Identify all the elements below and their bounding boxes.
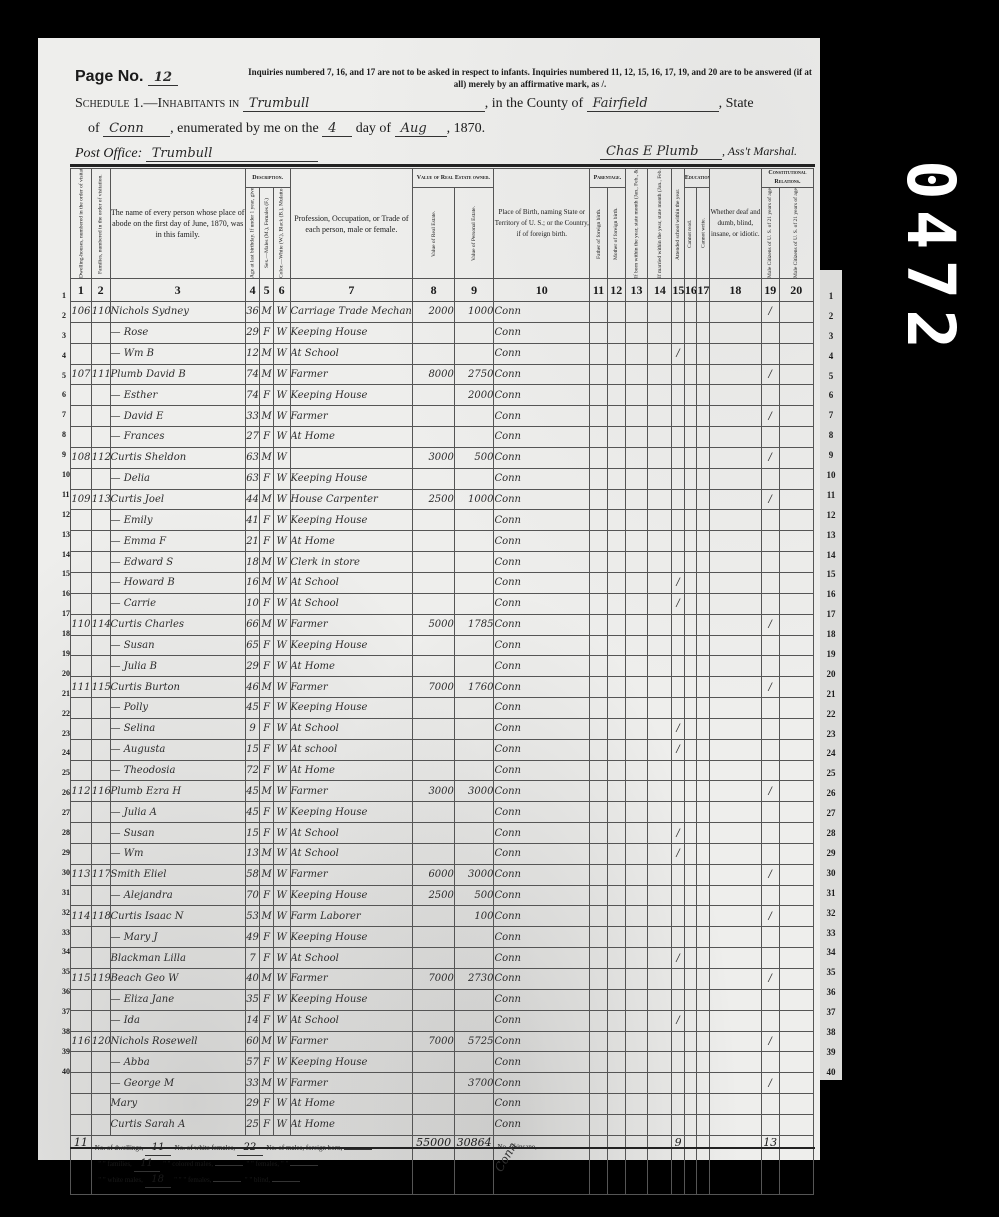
color-cell: W (273, 531, 290, 552)
personal-estate-value-cell (454, 718, 494, 739)
real-estate-value-cell (413, 1094, 455, 1115)
person-name-cell: — George M (110, 1073, 245, 1094)
person-name-cell: — Ida (110, 1010, 245, 1031)
age-cell: 46 (245, 677, 260, 698)
col-header-occupation: Profession, Occupation, or Trade of each… (290, 169, 413, 279)
cannot-write-cell (697, 364, 710, 385)
color-cell: W (273, 635, 290, 656)
birthplace-cell: Conn (494, 969, 590, 990)
occupation-cell: Keeping House (290, 802, 413, 823)
disability-cell (709, 739, 761, 760)
male-citizen-cell (761, 427, 779, 448)
occupation-cell (290, 447, 413, 468)
color-cell: W (273, 781, 290, 802)
table-row: 115119Beach Geo W40MWFarmer70002730Conn/ (71, 969, 814, 990)
attended-school-cell (672, 760, 684, 781)
male-citizen-cell: / (761, 302, 779, 323)
cannot-read-cell (684, 948, 696, 969)
birthplace-cell: Conn (494, 1094, 590, 1115)
line-number: 6 (62, 385, 70, 405)
col-header-cannot-read: Cannot read. (684, 188, 696, 279)
cannot-write-cell (697, 406, 710, 427)
personal-estate-value-cell (454, 656, 494, 677)
group-header-description: Description. (245, 169, 290, 188)
sex-cell: F (260, 1094, 274, 1115)
cannot-read-cell (684, 322, 696, 343)
family-number-cell: 117 (91, 864, 110, 885)
age-cell: 12 (245, 343, 260, 364)
male-citizen-cell: / (761, 364, 779, 385)
father-foreign-cell (590, 322, 608, 343)
married-month-cell (648, 1094, 672, 1115)
sex-cell: F (260, 635, 274, 656)
family-number-cell (91, 927, 110, 948)
family-number-cell (91, 656, 110, 677)
film-frame-stamp: 0472 (880, 160, 980, 359)
family-number-cell (91, 468, 110, 489)
age-cell: 74 (245, 364, 260, 385)
disability-cell (709, 1052, 761, 1073)
real-estate-value-cell (413, 1052, 455, 1073)
line-number: 37 (822, 1002, 840, 1022)
occupation-cell: Keeping House (290, 510, 413, 531)
married-month-cell (648, 364, 672, 385)
personal-estate-value-cell: 5725 (454, 1031, 494, 1052)
disability-cell (709, 572, 761, 593)
occupation-cell: Farmer (290, 364, 413, 385)
line-number: 15 (62, 564, 70, 584)
line-number: 29 (822, 843, 840, 863)
cannot-write-cell (697, 927, 710, 948)
col-header-born-within-year: If born within the year, state month (Ja… (625, 169, 648, 279)
born-month-cell (625, 489, 648, 510)
mother-foreign-cell (607, 1010, 625, 1031)
color-cell: W (273, 677, 290, 698)
attended-school-cell: / (672, 948, 684, 969)
column-number-row: 1 2 3 4 5 6 7 8 9 10 11 12 13 14 15 16 1… (71, 279, 814, 302)
vote-denied-cell (779, 552, 813, 573)
personal-estate-value-cell (454, 948, 494, 969)
person-name-cell: — Theodosia (110, 760, 245, 781)
dwelling-number-cell (71, 572, 92, 593)
cannot-write-cell (697, 823, 710, 844)
born-month-cell (625, 823, 648, 844)
cannot-write-cell (697, 1052, 710, 1073)
color-cell: W (273, 406, 290, 427)
person-name-cell: — Julia B (110, 656, 245, 677)
birthplace-cell: Conn (494, 489, 590, 510)
table-row: 116120Nichols Rosewell60MWFarmer70005725… (71, 1031, 814, 1052)
line-number: 17 (62, 604, 70, 624)
color-cell: W (273, 593, 290, 614)
father-foreign-cell (590, 1031, 608, 1052)
attended-school-cell (672, 406, 684, 427)
disability-cell (709, 864, 761, 885)
father-foreign-cell (590, 593, 608, 614)
sex-cell: F (260, 385, 274, 406)
person-name-cell: — Delia (110, 468, 245, 489)
table-row: — Howard B16MWAt SchoolConn/ (71, 572, 814, 593)
born-month-cell (625, 927, 648, 948)
real-estate-value-cell (413, 948, 455, 969)
right-line-numbers: 1234567891011121314151617181920212223242… (822, 286, 840, 1082)
married-month-cell (648, 843, 672, 864)
mother-foreign-cell (607, 823, 625, 844)
line-number: 3 (62, 326, 70, 346)
line-number: 23 (822, 724, 840, 744)
group-header-value: Value of Real Estate owned. (413, 169, 494, 188)
line-number: 18 (822, 624, 840, 644)
table-row: — Susan15FWAt SchoolConn/ (71, 823, 814, 844)
col-header-name: The name of every person whose place of … (110, 169, 245, 279)
col-header-sex: Sex.—Males (M.), Females (F.) (260, 188, 274, 279)
vote-denied-cell (779, 864, 813, 885)
attended-school-cell (672, 1073, 684, 1094)
schedule-line: Schedule 1.—Inhabitants in Trumbull, in … (75, 96, 754, 112)
line-number: 16 (62, 584, 70, 604)
cannot-write-cell (697, 802, 710, 823)
birthplace-cell: Conn (494, 510, 590, 531)
color-cell: W (273, 802, 290, 823)
sex-cell: F (260, 698, 274, 719)
color-cell: W (273, 343, 290, 364)
line-number: 14 (822, 545, 840, 565)
attended-school-cell (672, 635, 684, 656)
person-name-cell: Curtis Sarah A (110, 1114, 245, 1135)
person-name-cell: — Rose (110, 322, 245, 343)
age-cell: 45 (245, 698, 260, 719)
vote-denied-cell (779, 343, 813, 364)
disability-cell (709, 656, 761, 677)
dwelling-number-cell (71, 322, 92, 343)
attended-school-cell (672, 447, 684, 468)
real-estate-value-cell: 7000 (413, 677, 455, 698)
age-cell: 41 (245, 510, 260, 531)
family-number-cell (91, 427, 110, 448)
color-cell: W (273, 885, 290, 906)
table-row: Curtis Sarah A25FWAt HomeConn (71, 1114, 814, 1135)
line-number: 8 (62, 425, 70, 445)
line-number: 9 (822, 445, 840, 465)
color-cell: W (273, 843, 290, 864)
married-month-cell (648, 552, 672, 573)
mother-foreign-cell (607, 1031, 625, 1052)
sex-cell: M (260, 552, 274, 573)
attended-school-cell (672, 552, 684, 573)
mother-foreign-cell (607, 969, 625, 990)
birthplace-cell: Conn (494, 1052, 590, 1073)
cannot-read-cell (684, 593, 696, 614)
male-citizen-cell (761, 1010, 779, 1031)
dwelling-number-cell: 116 (71, 1031, 92, 1052)
table-row: — David E33MWFarmerConn/ (71, 406, 814, 427)
sex-cell: F (260, 531, 274, 552)
male-citizen-cell (761, 468, 779, 489)
born-month-cell (625, 677, 648, 698)
born-month-cell (625, 385, 648, 406)
col-header-mother-foreign: Mother of foreign birth. (607, 188, 625, 279)
family-number-cell (91, 552, 110, 573)
table-row: 106110Nichols Sydney36MWCarriage Trade M… (71, 302, 814, 323)
father-foreign-cell (590, 427, 608, 448)
real-estate-value-cell (413, 510, 455, 531)
white-males-count: 18 (145, 1172, 171, 1188)
attended-school-cell (672, 802, 684, 823)
color-cell: W (273, 1031, 290, 1052)
person-name-cell: — Alejandra (110, 885, 245, 906)
dwelling-number-cell (71, 1052, 92, 1073)
sex-cell: F (260, 948, 274, 969)
age-cell: 70 (245, 885, 260, 906)
cannot-read-cell (684, 885, 696, 906)
male-citizen-cell: / (761, 447, 779, 468)
birthplace-cell: Conn (494, 427, 590, 448)
line-number: 23 (62, 724, 70, 744)
father-foreign-cell (590, 302, 608, 323)
mother-foreign-cell (607, 698, 625, 719)
age-cell: 65 (245, 635, 260, 656)
attended-school-cell (672, 677, 684, 698)
person-name-cell: — Augusta (110, 739, 245, 760)
occupation-cell: At School (290, 593, 413, 614)
sex-cell: M (260, 406, 274, 427)
family-number-cell (91, 385, 110, 406)
occupation-cell: Farmer (290, 677, 413, 698)
color-cell: W (273, 864, 290, 885)
color-cell: W (273, 948, 290, 969)
mother-foreign-cell (607, 948, 625, 969)
birthplace-cell: Conn (494, 885, 590, 906)
married-month-cell (648, 656, 672, 677)
real-estate-value-cell (413, 572, 455, 593)
cannot-write-cell (697, 885, 710, 906)
line-number: 33 (822, 923, 840, 943)
mother-foreign-cell (607, 864, 625, 885)
father-foreign-cell (590, 989, 608, 1010)
birthplace-cell: Conn (494, 1010, 590, 1031)
sex-cell: M (260, 614, 274, 635)
line-number: 26 (62, 783, 70, 803)
cannot-write-cell (697, 1114, 710, 1135)
attended-school-cell (672, 1052, 684, 1073)
citizen-total: 13 (761, 1135, 779, 1194)
father-foreign-cell (590, 969, 608, 990)
group-header-constitutional: Constitutional Relations. (761, 169, 813, 188)
vote-denied-cell (779, 1031, 813, 1052)
dwelling-number-cell (71, 802, 92, 823)
married-month-cell (648, 593, 672, 614)
disability-cell (709, 948, 761, 969)
table-row: — Julia A45FWKeeping HouseConn (71, 802, 814, 823)
color-cell: W (273, 302, 290, 323)
summary-count: 11 (71, 1135, 92, 1194)
mother-foreign-cell (607, 489, 625, 510)
occupation-cell: Keeping House (290, 385, 413, 406)
born-month-cell (625, 593, 648, 614)
male-citizen-cell (761, 1094, 779, 1115)
father-foreign-cell (590, 885, 608, 906)
age-cell: 40 (245, 969, 260, 990)
cannot-read-cell (684, 552, 696, 573)
cannot-read-cell (684, 1052, 696, 1073)
dwelling-number-cell (71, 552, 92, 573)
family-number-cell (91, 531, 110, 552)
cannot-read-cell (684, 698, 696, 719)
real-estate-value-cell (413, 760, 455, 781)
dwelling-number-cell: 113 (71, 864, 92, 885)
born-month-cell (625, 468, 648, 489)
married-month-cell (648, 468, 672, 489)
born-month-cell (625, 531, 648, 552)
attended-school-cell: / (672, 843, 684, 864)
family-number-cell (91, 343, 110, 364)
married-month-cell (648, 572, 672, 593)
born-month-cell (625, 447, 648, 468)
father-foreign-cell (590, 1010, 608, 1031)
born-month-cell (625, 948, 648, 969)
family-number-cell (91, 1094, 110, 1115)
line-number: 4 (822, 346, 840, 366)
male-citizen-cell (761, 927, 779, 948)
disability-cell (709, 698, 761, 719)
disability-cell (709, 593, 761, 614)
personal-estate-value-cell: 1785 (454, 614, 494, 635)
line-number: 16 (822, 584, 840, 604)
born-month-cell (625, 656, 648, 677)
married-month-cell (648, 760, 672, 781)
mother-foreign-cell (607, 531, 625, 552)
male-citizen-cell (761, 510, 779, 531)
table-row: — Susan65FWKeeping HouseConn (71, 635, 814, 656)
father-foreign-cell (590, 468, 608, 489)
line-number: 10 (822, 465, 840, 485)
color-cell: W (273, 447, 290, 468)
male-citizen-cell: / (761, 969, 779, 990)
mother-foreign-cell (607, 802, 625, 823)
sex-cell: F (260, 802, 274, 823)
vote-denied-cell (779, 385, 813, 406)
person-name-cell: — Susan (110, 823, 245, 844)
col-header-family: Families, numbered in the order of visit… (91, 169, 110, 279)
person-name-cell: Nichols Sydney (110, 302, 245, 323)
occupation-cell: Carriage Trade Mechanic (290, 302, 413, 323)
married-month-cell (648, 447, 672, 468)
vote-denied-cell (779, 447, 813, 468)
born-month-cell (625, 989, 648, 1010)
real-estate-value-cell: 2500 (413, 885, 455, 906)
col-header-dwelling: Dwelling-houses, numbered in the order o… (71, 169, 92, 279)
table-row: — Alejandra70FWKeeping House2500500Conn (71, 885, 814, 906)
person-name-cell: — Eliza Jane (110, 989, 245, 1010)
attended-school-cell (672, 1094, 684, 1115)
attended-school-cell (672, 927, 684, 948)
family-number-cell: 110 (91, 302, 110, 323)
sex-cell: M (260, 447, 274, 468)
color-cell: W (273, 427, 290, 448)
attended-school-cell: / (672, 718, 684, 739)
cannot-write-cell (697, 572, 710, 593)
table-row: 110114Curtis Charles66MWFarmer50001785Co… (71, 614, 814, 635)
col-header-cannot-write: Cannot write. (697, 188, 710, 279)
mother-foreign-cell (607, 302, 625, 323)
person-name-cell: Beach Geo W (110, 969, 245, 990)
age-cell: 45 (245, 781, 260, 802)
line-number: 34 (62, 942, 70, 962)
table-row: 107111Plumb David B74MWFarmer80002750Con… (71, 364, 814, 385)
vote-denied-cell (779, 510, 813, 531)
mother-foreign-cell (607, 656, 625, 677)
family-number-cell (91, 948, 110, 969)
birthplace-cell: Conn (494, 322, 590, 343)
cannot-write-cell (697, 781, 710, 802)
person-name-cell: — Emma F (110, 531, 245, 552)
birthplace-cell: Conn (494, 1031, 590, 1052)
mother-foreign-cell (607, 427, 625, 448)
disability-cell (709, 823, 761, 844)
mother-foreign-cell (607, 406, 625, 427)
sex-cell: M (260, 1073, 274, 1094)
age-cell: 63 (245, 468, 260, 489)
father-foreign-cell (590, 406, 608, 427)
line-number: 13 (62, 525, 70, 545)
male-citizen-cell (761, 989, 779, 1010)
married-month-cell (648, 677, 672, 698)
personal-estate-value-cell (454, 843, 494, 864)
col-header-real-estate: Value of Real Estate. (413, 188, 455, 279)
born-month-cell (625, 760, 648, 781)
line-number: 8 (822, 425, 840, 445)
person-name-cell: — Carrie (110, 593, 245, 614)
mother-foreign-cell (607, 447, 625, 468)
col-header-disability: Whether deaf and dumb, blind, insane, or… (709, 169, 761, 279)
sex-cell: F (260, 468, 274, 489)
table-row: — Frances27FWAt HomeConn (71, 427, 814, 448)
dwelling-number-cell (71, 593, 92, 614)
born-month-cell (625, 572, 648, 593)
dwelling-number-cell: 109 (71, 489, 92, 510)
occupation-cell: Keeping House (290, 698, 413, 719)
table-row: 109113Curtis Joel44MWHouse Carpenter2500… (71, 489, 814, 510)
born-month-cell (625, 1031, 648, 1052)
father-foreign-cell (590, 802, 608, 823)
dwelling-number-cell (71, 427, 92, 448)
personal-estate-value-cell: 1760 (454, 677, 494, 698)
father-foreign-cell (590, 364, 608, 385)
line-number: 12 (822, 505, 840, 525)
father-foreign-cell (590, 510, 608, 531)
mother-foreign-cell (607, 614, 625, 635)
vote-denied-cell (779, 302, 813, 323)
father-foreign-cell (590, 843, 608, 864)
table-row: — Emily41FWKeeping HouseConn (71, 510, 814, 531)
dwelling-number-cell (71, 698, 92, 719)
birthplace-cell: Conn (494, 739, 590, 760)
color-cell: W (273, 1094, 290, 1115)
attended-school-cell: / (672, 343, 684, 364)
father-foreign-cell (590, 1073, 608, 1094)
summary-counts-block: No. of dwellings, 11 No. of white female… (91, 1135, 412, 1194)
married-month-cell (648, 1010, 672, 1031)
cannot-read-cell (684, 656, 696, 677)
family-number-cell (91, 823, 110, 844)
vote-denied-cell (779, 677, 813, 698)
color-cell: W (273, 989, 290, 1010)
line-number: 25 (822, 763, 840, 783)
married-month-cell (648, 948, 672, 969)
cannot-read-cell (684, 989, 696, 1010)
line-number: 14 (62, 545, 70, 565)
birthplace-cell: Conn (494, 406, 590, 427)
